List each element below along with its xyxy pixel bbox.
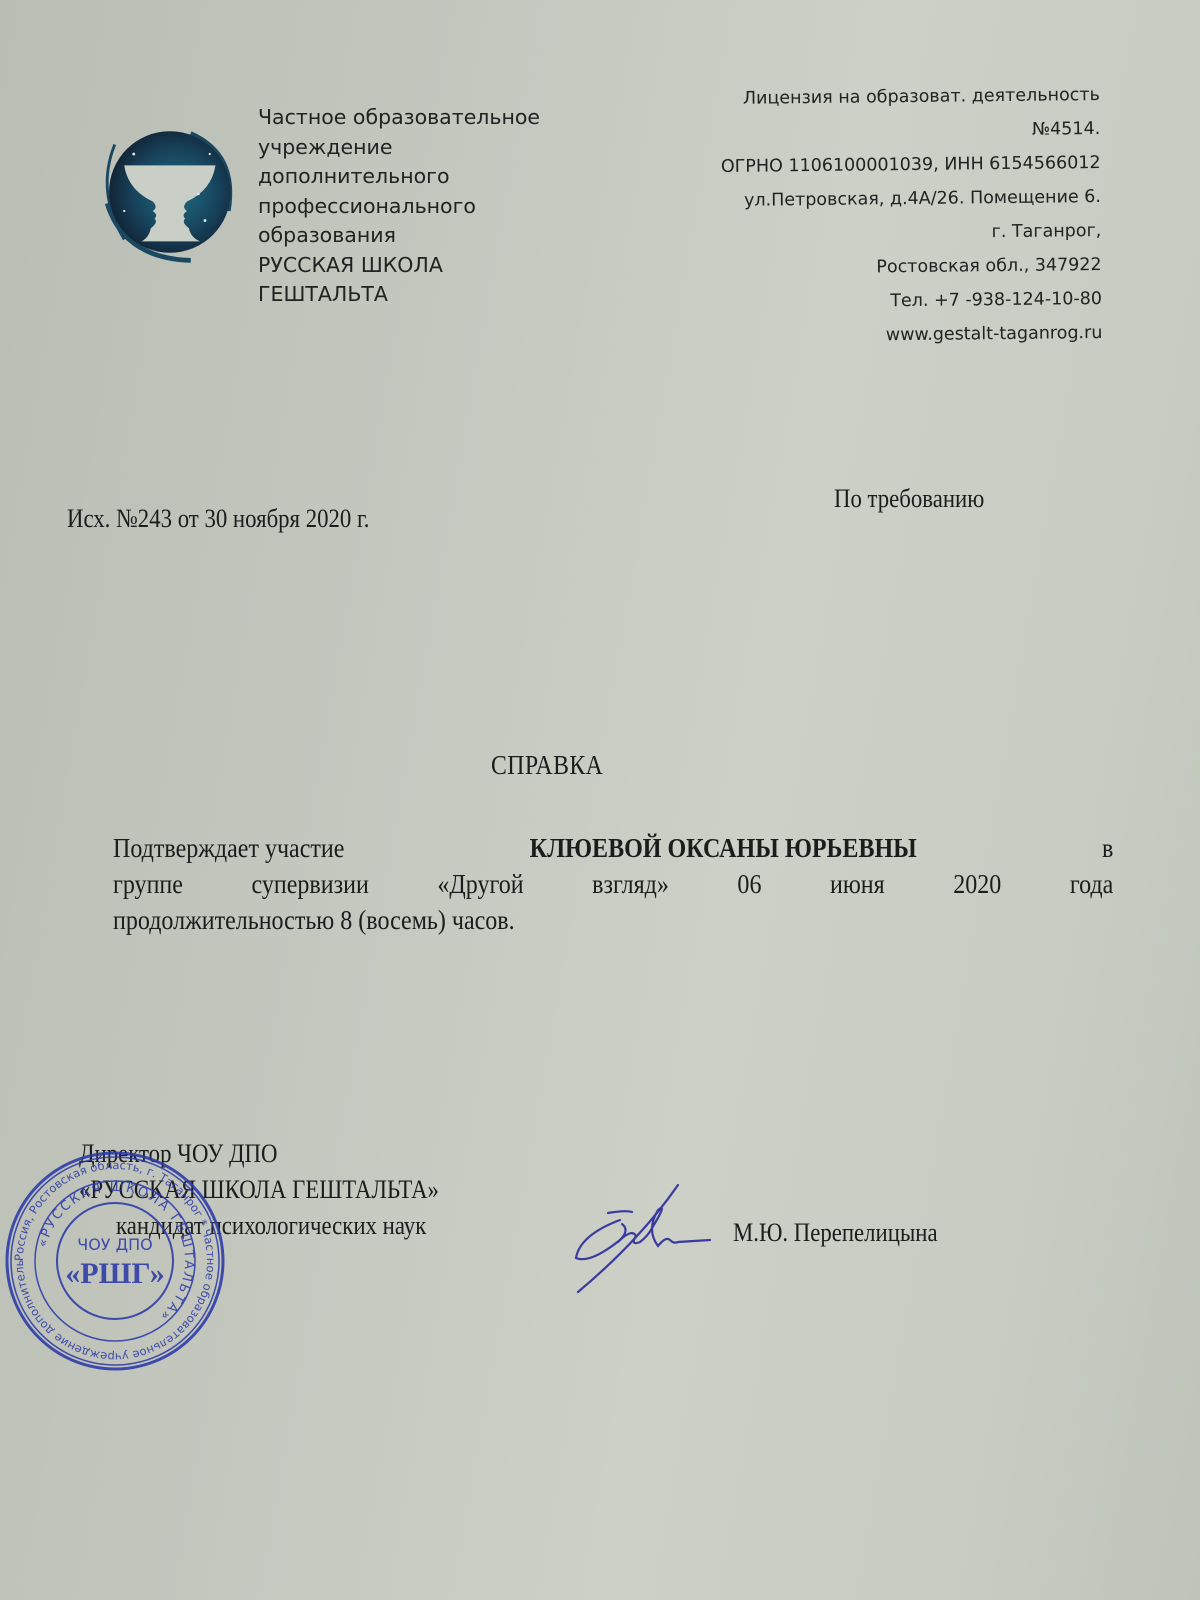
license-line: Лицензия на образоват. деятельность	[720, 78, 1100, 116]
word: года	[1070, 866, 1113, 902]
organization-name: Частное образовательное учреждение допол…	[258, 103, 540, 310]
org-name-line: учреждение	[258, 133, 540, 163]
region-postcode: Ростовская обл., 347922	[722, 248, 1102, 286]
word: 2020	[953, 866, 1001, 902]
org-name-line: РУССКАЯ ШКОЛА	[258, 251, 540, 281]
word: группе	[113, 866, 183, 902]
org-name-line: Частное образовательное	[258, 103, 540, 133]
stamp-center-line1: ЧОУ ДПО	[77, 1235, 153, 1254]
word: взгляд»	[592, 866, 669, 902]
participant-name: КЛЮЕВОЙ ОКСАНЫ ЮРЬЕВНЫ	[530, 830, 917, 866]
document-body: Подтверждает участие КЛЮЕВОЙ ОКСАНЫ ЮРЬЕ…	[113, 830, 1113, 938]
handwritten-signature-icon	[570, 1180, 720, 1295]
ogrn-inn: ОГРНО 1106100001039, ИНН 6154566012	[721, 146, 1101, 184]
body-line-1: Подтверждает участие КЛЮЕВОЙ ОКСАНЫ ЮРЬЕ…	[113, 830, 1113, 866]
body-line-3: продолжительностью 8 (восемь) часов.	[113, 902, 1113, 938]
word: 06	[737, 866, 761, 902]
round-seal-stamp-icon: Россия, Ростовская область, г. Таганрог …	[2, 1148, 228, 1374]
word: «Другой	[437, 866, 523, 902]
org-name-line: ГЕШТАЛЬТА	[258, 280, 540, 310]
license-number: №4514.	[721, 112, 1101, 150]
signer-name: М.Ю. Перепелицына	[733, 1217, 938, 1248]
document-page: Частное образовательное учреждение допол…	[0, 0, 1200, 1600]
phone: Тел. +7 -938-124-10-80	[722, 282, 1102, 320]
org-name-line: образования	[258, 221, 540, 251]
organization-requisites: Лицензия на образоват. деятельность №451…	[720, 78, 1103, 354]
body-suffix: в	[1102, 830, 1113, 866]
word: июня	[830, 866, 885, 902]
org-name-line: дополнительного	[258, 162, 540, 192]
org-name-line: профессионального	[258, 192, 540, 222]
website: www.gestalt-taganrog.ru	[723, 316, 1103, 354]
document-title: СПРАВКА	[491, 750, 603, 781]
word: супервизии	[251, 866, 368, 902]
addressee: По требованию	[834, 483, 984, 514]
stamp-center-line2: «РШГ»	[65, 1257, 165, 1290]
outgoing-reference: Исх. №243 от 30 ноября 2020 г.	[67, 503, 369, 534]
street-address: ул.Петровская, д.4А/26. Помещение 6.	[721, 180, 1101, 218]
city: г. Таганрог,	[722, 214, 1102, 252]
body-line-2: группе супервизии «Другой взгляд» 06 июн…	[113, 866, 1113, 902]
gestalt-logo-icon	[86, 116, 248, 268]
body-prefix: Подтверждает участие	[113, 830, 344, 866]
